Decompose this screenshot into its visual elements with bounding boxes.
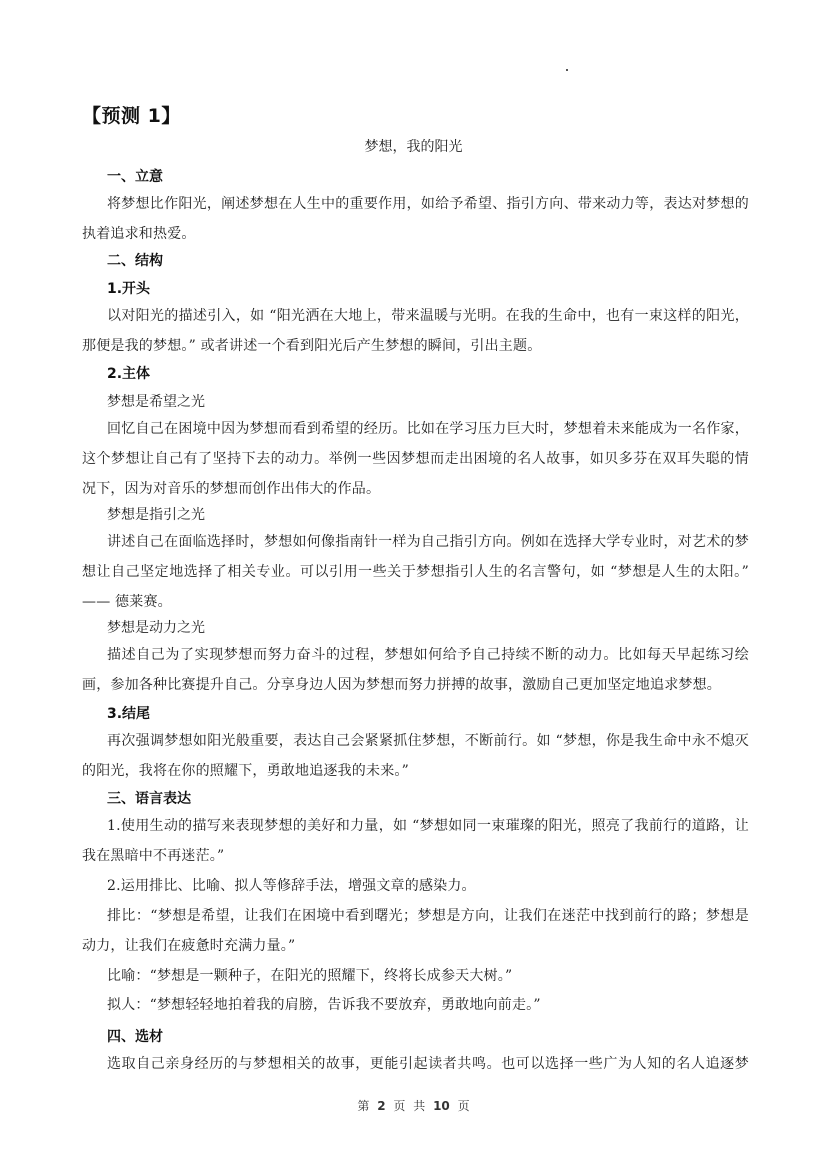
stray-mark: [566, 69, 568, 71]
point-paragraph-motivation: 描述自己为了实现梦想而努力奋斗的过程，梦想如何给予自己持续不断的动力。比如每天早…: [82, 640, 749, 700]
point-paragraph-hope: 回忆自己在困境中因为梦想而看到希望的经历。比如在学习压力巨大时，梦想着未来能成为…: [82, 414, 749, 504]
subheading-ending: 3.结尾: [107, 703, 747, 725]
point-paragraph-guidance: 讲述自己在面临选择时，梦想如何像指南针一样为自己指引方向。例如在选择大学专业时，…: [82, 527, 749, 617]
example-personification: 拟人：“梦想轻轻地拍着我的肩膀，告诉我不要放弃，勇敢地向前走。”: [82, 990, 749, 1020]
opening-paragraph: 以对阳光的描述引入，如 “阳光洒在大地上，带来温暖与光明。在我的生命中，也有一束…: [82, 301, 749, 361]
section-heading-structure: 二、结构: [107, 250, 747, 272]
example-metaphor: 比喻：“梦想是一颗种子，在阳光的照耀下，终将长成参天大树。”: [82, 961, 749, 991]
section-heading-intent: 一、立意: [107, 166, 747, 188]
section-heading-language: 三、语言表达: [107, 788, 747, 810]
prediction-label: 【预测 1】: [82, 101, 181, 128]
document-page: 【预测 1】 梦想，我的阳光 一、立意 将梦想比作阳光，阐述梦想在人生中的重要作…: [0, 0, 827, 1169]
language-item-2: 2.运用排比、比喻、拟人等修辞手法，增强文章的感染力。: [82, 871, 749, 901]
footer-suffix: 页: [458, 1099, 470, 1113]
point-title-hope: 梦想是希望之光: [107, 391, 747, 413]
ending-paragraph: 再次强调梦想如阳光般重要，表达自己会紧紧抓住梦想，不断前行。如 “梦想，你是我生…: [82, 726, 749, 786]
subheading-opening: 1.开头: [107, 278, 747, 300]
current-page-number: 2: [377, 1099, 385, 1113]
essay-title: 梦想，我的阳光: [0, 136, 827, 156]
intent-paragraph: 将梦想比作阳光，阐述梦想在人生中的重要作用，如给予希望、指引方向、带来动力等，表…: [82, 189, 749, 249]
footer-prefix: 第: [357, 1099, 369, 1113]
language-item-1: 1.使用生动的描写来表现梦想的美好和力量，如 “梦想如同一束璀璨的阳光，照亮了我…: [82, 811, 749, 871]
subheading-body: 2.主体: [107, 363, 747, 385]
example-parallelism: 排比：“梦想是希望，让我们在困境中看到曙光；梦想是方向，让我们在迷茫中找到前行的…: [82, 901, 749, 961]
page-footer: 第 2 页 共 10 页: [0, 1097, 827, 1114]
section-heading-material: 四、选材: [107, 1026, 747, 1048]
total-pages-number: 10: [433, 1099, 450, 1113]
material-paragraph: 选取自己亲身经历的与梦想相关的故事，更能引起读者共鸣。也可以选择一些广为人知的名…: [82, 1049, 749, 1079]
footer-middle: 页 共: [393, 1099, 425, 1113]
point-title-guidance: 梦想是指引之光: [107, 504, 747, 526]
point-title-motivation: 梦想是动力之光: [107, 617, 747, 639]
